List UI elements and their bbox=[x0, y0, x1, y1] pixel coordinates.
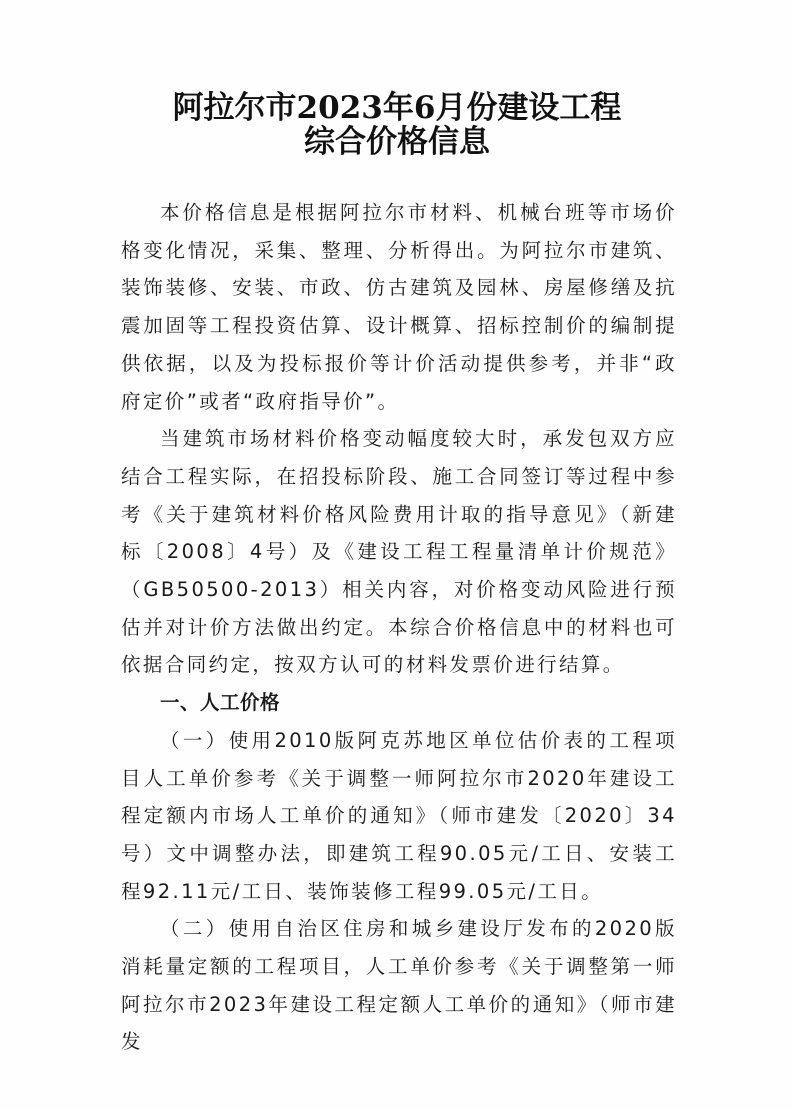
section-heading-labor-price: 一、人工价格 bbox=[121, 684, 677, 722]
document-title-line2: 综合价格信息 bbox=[0, 116, 794, 161]
document-body: 本价格信息是根据阿拉尔市材料、机械台班等市场价格变化情况，采集、整理、分析得出。… bbox=[121, 194, 677, 1061]
document-page: 阿拉尔市2023年6月份建设工程 综合价格信息 本价格信息是根据阿拉尔市材料、机… bbox=[0, 0, 794, 1108]
labor-paragraph-2: （二）使用自治区住房和城乡建设厅发布的2020版消耗量定额的工程项目，人工单价参… bbox=[121, 910, 677, 1061]
risk-paragraph: 当建筑市场材料价格变动幅度较大时，承发包双方应结合工程实际，在招投标阶段、施工合… bbox=[121, 420, 677, 684]
labor-paragraph-1: （一）使用2010版阿克苏地区单位估价表的工程项目人工单价参考《关于调整一师阿拉… bbox=[121, 722, 677, 911]
intro-paragraph: 本价格信息是根据阿拉尔市材料、机械台班等市场价格变化情况，采集、整理、分析得出。… bbox=[121, 194, 677, 420]
